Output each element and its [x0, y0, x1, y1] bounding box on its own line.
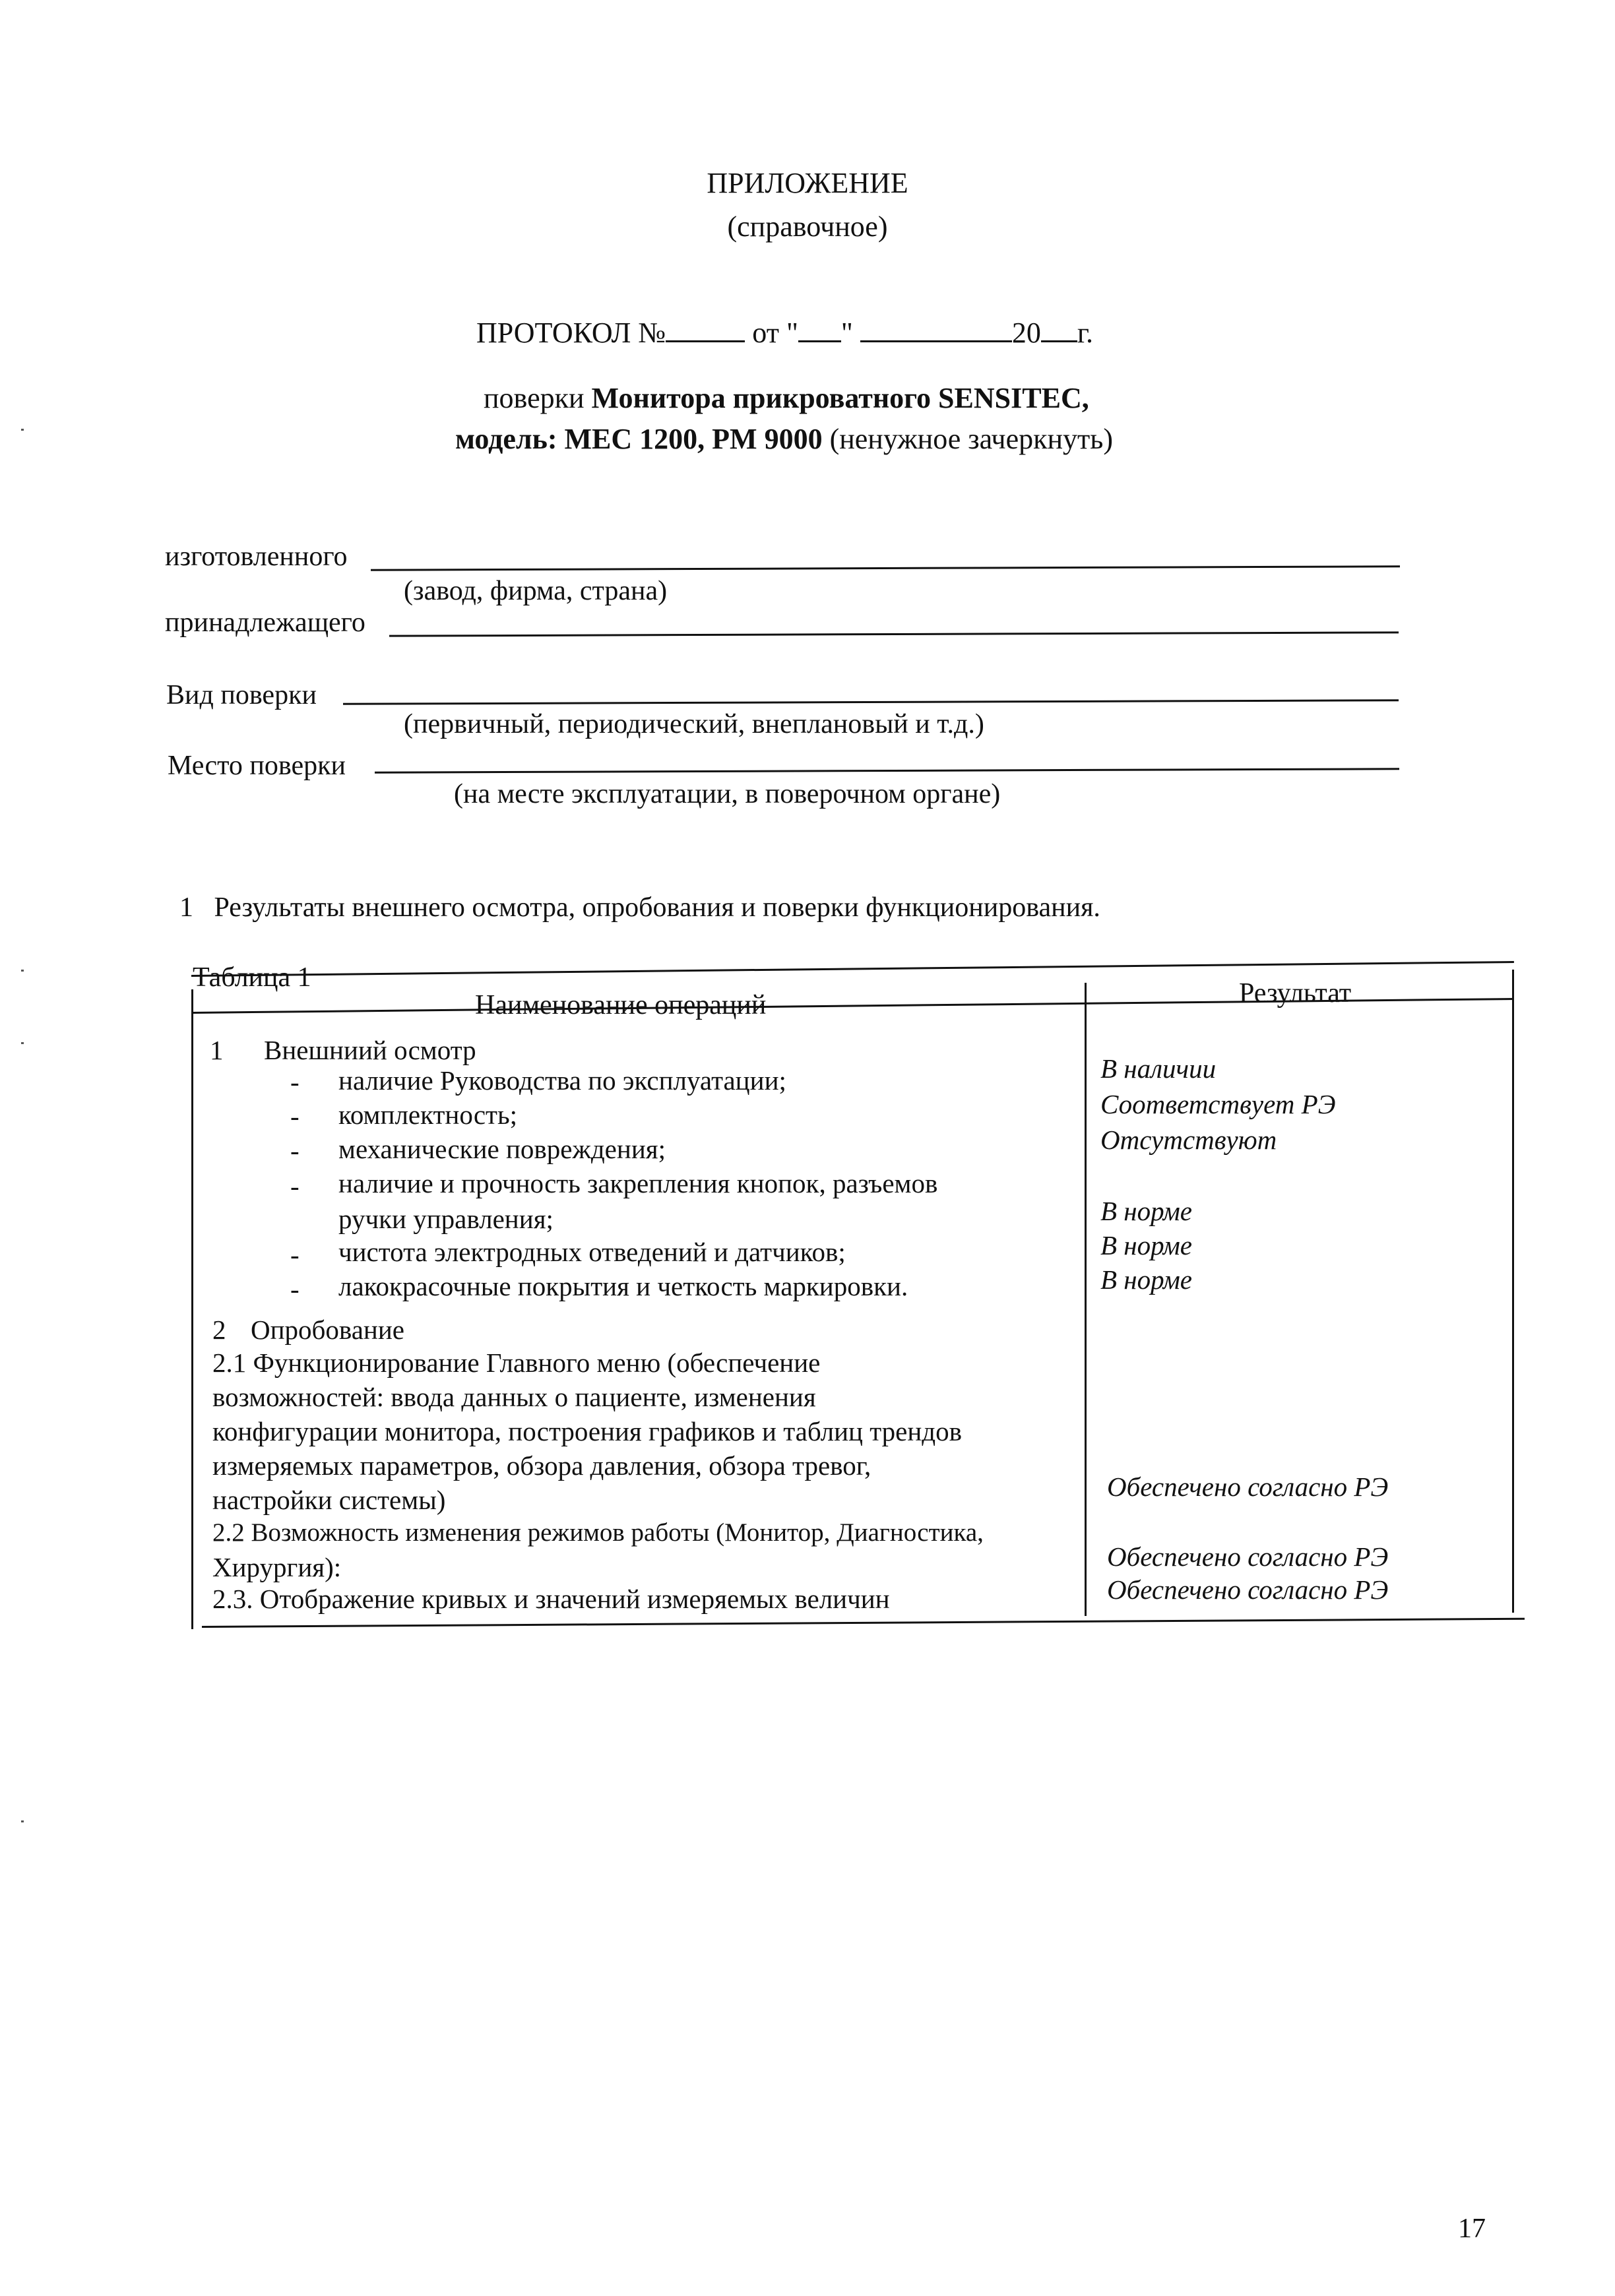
section-title: Результаты внешнего осмотра, опробования…	[214, 892, 1100, 923]
year-prefix: 20	[1012, 317, 1041, 349]
verification-place-input[interactable]	[375, 768, 1399, 773]
section2-title: Опробование	[251, 1313, 404, 1347]
verification-prefix: поверки	[484, 382, 585, 414]
table-row-item: 2.2 Возможность изменения режимов работы…	[212, 1516, 984, 1550]
table-column-divider	[1085, 983, 1087, 1616]
protocol-year-field[interactable]	[1041, 311, 1077, 342]
table-row-result: В норме	[1100, 1194, 1192, 1228]
bullet-dash: -	[290, 1066, 300, 1098]
protocol-number-field[interactable]	[666, 311, 745, 342]
from-label: от "	[752, 317, 798, 349]
verification-type-input[interactable]	[343, 699, 1399, 705]
scan-mark	[21, 1820, 24, 1822]
table-row-result: Обеспечено согласно РЭ	[1107, 1539, 1388, 1574]
table-border-top	[191, 961, 1514, 977]
table-row-item: настройки системы)	[212, 1483, 445, 1517]
table-row-item: 2.3. Отображение кривых и значений измер…	[212, 1582, 890, 1616]
section-number: 1	[179, 892, 193, 923]
model-line: модель: МЕС 1200, PM 9000 (ненужное заче…	[455, 422, 1113, 456]
table-row-result: Отсутствуют	[1100, 1123, 1277, 1157]
table-row-item: наличие и прочность закрепления кнопок, …	[338, 1166, 937, 1200]
owner-input[interactable]	[389, 631, 1399, 636]
model-note: (ненужное зачеркнуть)	[830, 423, 1113, 455]
year-suffix: г.	[1077, 317, 1093, 349]
section2-number: 2	[212, 1313, 226, 1347]
protocol-label: ПРОТОКОЛ №	[476, 317, 666, 349]
field-hint-verification-place: (на месте эксплуатации, в поверочном орг…	[454, 778, 1000, 810]
table-row-result: Обеспечено согласно РЭ	[1107, 1470, 1388, 1504]
appendix-title: ПРИЛОЖЕНИЕ	[0, 166, 1615, 200]
page-number: 17	[1458, 2213, 1486, 2245]
table-row-item-continued: ручки управления;	[338, 1202, 554, 1236]
table-row-item: Хирургия):	[212, 1550, 341, 1584]
section1-number: 1	[210, 1033, 224, 1067]
device-title: Монитора прикроватного SENSITEC,	[592, 382, 1089, 414]
table-header-operations: Наименование операций	[475, 989, 766, 1021]
field-hint-verification-type: (первичный, периодический, внеплановый и…	[404, 708, 984, 740]
table-row-item: 2.1 Функционирование Главного меню (обес…	[212, 1346, 820, 1380]
table-row-result: В норме	[1100, 1262, 1192, 1297]
table-border-left	[191, 989, 193, 1629]
field-label-verification-place: Место поверки	[168, 750, 346, 782]
table-row-item: наличие Руководства по эксплуатации;	[338, 1063, 786, 1098]
section1-title: Внешниий осмотр	[264, 1033, 476, 1067]
bullet-dash: -	[290, 1100, 300, 1132]
protocol-line: ПРОТОКОЛ № от "" 20г.	[476, 311, 1093, 350]
bullet-dash: -	[290, 1134, 300, 1166]
table-row-item: чистота электродных отведений и датчиков…	[338, 1235, 846, 1269]
field-label-manufactured: изготовленного	[165, 541, 348, 573]
field-hint-manufactured: (завод, фирма, страна)	[404, 575, 667, 607]
table-row-result: Соответствует РЭ	[1100, 1087, 1336, 1121]
protocol-day-field[interactable]	[798, 311, 841, 342]
bullet-dash: -	[290, 1170, 300, 1202]
protocol-month-field[interactable]	[860, 311, 1012, 342]
table-border-right	[1512, 970, 1514, 1613]
scan-mark	[21, 970, 24, 972]
bullet-dash: -	[290, 1239, 300, 1270]
table-row-item: измеряемых параметров, обзора давления, …	[212, 1448, 871, 1483]
verification-title: поверки Монитора прикроватного SENSITEC,	[484, 381, 1089, 415]
table-row-result: В наличии	[1100, 1051, 1216, 1086]
field-label-owner: принадлежащего	[165, 607, 365, 638]
bullet-dash: -	[290, 1273, 300, 1305]
manufactured-input[interactable]	[371, 565, 1400, 571]
table-row-item: возможностей: ввода данных о пациенте, и…	[212, 1380, 816, 1414]
table-row-item: конфигурации монитора, построения график…	[212, 1414, 962, 1448]
appendix-subtitle: (справочное)	[0, 210, 1615, 243]
table-row-item: механические повреждения;	[338, 1132, 666, 1166]
model-label: модель: МЕС 1200, PM 9000	[455, 423, 823, 455]
table-row-result: В норме	[1100, 1228, 1192, 1262]
quote-close: "	[841, 317, 853, 349]
table-row-result: Обеспечено согласно РЭ	[1107, 1572, 1388, 1607]
field-label-verification-type: Вид поверки	[166, 679, 317, 711]
table-caption: Таблица 1	[193, 962, 311, 993]
table-header-result: Результат	[1239, 977, 1351, 1009]
table-border-bottom	[202, 1618, 1525, 1628]
section-heading: 1 Результаты внешнего осмотра, опробован…	[179, 892, 1100, 923]
scan-mark	[21, 429, 24, 431]
table-row-item: комплектность;	[338, 1098, 517, 1132]
scan-mark	[21, 1042, 24, 1044]
table-row-item: лакокрасочные покрытия и четкость маркир…	[338, 1269, 908, 1303]
